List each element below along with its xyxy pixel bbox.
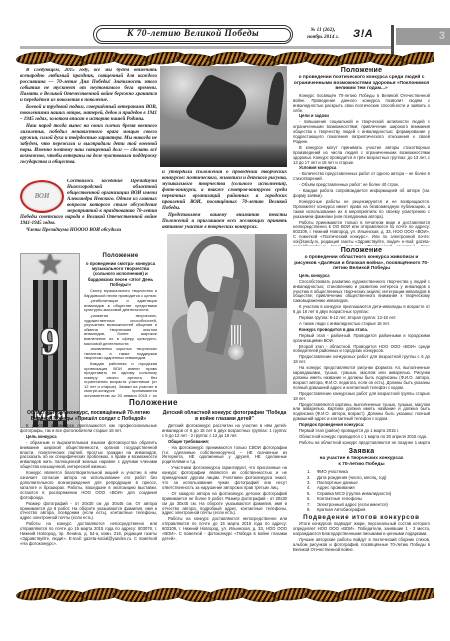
paragraph: Смотр музыкального творчества и бардовск… bbox=[84, 289, 157, 298]
item-text: Краткая Автобиография. bbox=[317, 507, 366, 512]
paragraph: - повышение социальной и творческой акти… bbox=[293, 120, 430, 145]
statue-silhouette bbox=[266, 71, 286, 125]
section-subheading: о проведении смотра- конкурса музыкально… bbox=[84, 261, 157, 287]
application-item: 8.Краткая Автобиография. bbox=[293, 507, 430, 512]
paragraph: Каждая районная и городская организация … bbox=[84, 362, 157, 397]
paragraph: Размер фотографий - от 20х30 см до 30х45… bbox=[20, 502, 157, 522]
victory-banner-photo bbox=[160, 66, 287, 167]
paragraph: - Каждая работа сопровождается информаци… bbox=[293, 189, 430, 199]
section-subheading: Детский областной конкурс фотографии "По… bbox=[162, 410, 287, 422]
paragraph: Предоставляются картины, выполненные туш… bbox=[293, 403, 430, 423]
newspaper-page: К 70-летию Великой Победы № 11 (262), но… bbox=[0, 0, 450, 641]
st-george-ribbon-bottom bbox=[16, 588, 434, 602]
st-george-ribbon-top bbox=[16, 52, 434, 66]
poetry-contest-section: Положение о проведении поэтического конк… bbox=[293, 66, 430, 246]
paragraph: Наш народ тогда вынес на своих плечах бр… bbox=[20, 124, 157, 166]
paragraph: К участию в конкурсе приглашаются как пр… bbox=[20, 424, 157, 434]
section-heading: Положение bbox=[293, 246, 430, 255]
paragraph: Конкурс проводится в два этапа. bbox=[293, 328, 430, 333]
rubble-shape bbox=[160, 143, 287, 167]
painting-contest-section: Положение о проведении областного конкур… bbox=[293, 246, 430, 446]
music-contest-section: Положение о проведении смотра- конкурса … bbox=[84, 252, 157, 397]
paragraph: Цель конкурса bbox=[20, 435, 157, 440]
paragraph: Работы на конкурс доставляются непосредс… bbox=[20, 522, 157, 547]
paragraph: Боевой и трудовой подвиг, совершённый ве… bbox=[20, 105, 157, 123]
paragraph: -реабилитации и адаптации инвалидов в об… bbox=[84, 299, 157, 313]
adult-photo-contest-section: Областной фотоконкурс, посвящённый 70-ле… bbox=[20, 410, 157, 585]
section-subheading: Областной фотоконкурс, посвящённый 70-ле… bbox=[20, 410, 157, 422]
paragraph: К участию в конкурсе приглашаются дети-и… bbox=[293, 305, 430, 315]
paragraph: Члены Президиума НОООО ВОИ обсудили bbox=[20, 228, 157, 234]
paragraph: Работы принимаются только в печатном вид… bbox=[293, 221, 430, 246]
masthead-logo: З!А bbox=[353, 27, 373, 41]
hand-shape bbox=[187, 301, 207, 343]
paragraph: · От каждого автора на фотоконкурс детск… bbox=[162, 492, 287, 517]
paragraph: Работы на областной конкурс представляют… bbox=[293, 441, 430, 446]
voi-logo: ВОИ bbox=[20, 180, 64, 213]
item-number: 8. bbox=[307, 507, 317, 512]
order-star-icon bbox=[21, 253, 79, 282]
section-title-oval: К 70-летию Великой Победы bbox=[93, 25, 293, 44]
presidium-note: ВОИ Состоялось заседание Президиума Ниже… bbox=[20, 179, 157, 250]
paragraph: и утвердили Положения о проведении творч… bbox=[162, 170, 287, 212]
section-subheading: о проведении областного конкурса живопис… bbox=[293, 255, 430, 272]
girl-with-medal-photo bbox=[167, 234, 287, 394]
paragraph: Конкурс посвящён 70-летию Победы в Велик… bbox=[293, 94, 430, 114]
paragraph: Лучшие авторские работы войдут в поэтиче… bbox=[293, 538, 430, 553]
paragraph: Работы на конкурс доставляются непосредс… bbox=[162, 517, 287, 542]
paragraph: Второй этап - областной. Проводится НОО … bbox=[293, 345, 430, 355]
children-photo-contest-section: Детский областной конкурс фотографии "По… bbox=[162, 410, 287, 585]
contests-announcement: и утвердили Положения о проведении творч… bbox=[162, 170, 287, 232]
application-form-section: Заявка на участие в творческих конкурсах… bbox=[293, 447, 430, 512]
paragraph: Общие требования: bbox=[162, 440, 287, 445]
paragraph: Первый этап - районный. Проводится район… bbox=[293, 334, 430, 344]
paragraph: На конкурс представляются рисунки формат… bbox=[293, 366, 430, 391]
paragraph: · Участники фотоконкурса гарантируют, чт… bbox=[162, 466, 287, 491]
photo-contests-heading: Положение bbox=[20, 398, 287, 408]
paragraph: Предоставление конкурсных работ для возр… bbox=[293, 392, 430, 402]
section-heading: Заявка bbox=[293, 447, 430, 456]
paragraph: Способствовать развитию художественного … bbox=[293, 280, 430, 305]
paragraph: · На фотоконкурс принимаются только СВОИ… bbox=[162, 446, 287, 466]
application-sub2: к 70-летию Победы bbox=[293, 462, 430, 468]
intro-editorial: В следующем, 2015 году, все мы будем отм… bbox=[20, 68, 157, 176]
may9-day: 9 bbox=[21, 322, 79, 362]
soldier-portrait-shape bbox=[255, 234, 287, 308]
paragraph: Конкурс является благотворительной акцие… bbox=[20, 471, 157, 500]
results-section: Подведение итогов конкурсов Итоги конкур… bbox=[293, 513, 430, 585]
paragraph: В конкурсе могут принимать участие автор… bbox=[293, 146, 430, 166]
paragraph: -развития творческих, художественных спо… bbox=[84, 314, 157, 346]
paragraph: - Количество представленных работ от одн… bbox=[293, 172, 430, 182]
paragraph: -выявления скрытых творческих талантов, … bbox=[84, 347, 157, 361]
section-heading: Положение bbox=[84, 252, 157, 261]
paragraph: Предоставление конкурсных работ для возр… bbox=[293, 355, 430, 365]
section-heading: Положение bbox=[293, 66, 430, 75]
issue-date: ноябрь 2014 г. bbox=[296, 34, 350, 41]
paragraph: В следующем, 2015 году, все мы будем отм… bbox=[20, 68, 157, 104]
paragraph: Цель конкурса bbox=[293, 274, 430, 279]
header-divider bbox=[391, 25, 394, 55]
flag-shape bbox=[182, 73, 254, 135]
paragraph: - образным и выразительным языком фотоис… bbox=[20, 441, 157, 470]
section-subheading: о проведении поэтического конкурса среди… bbox=[293, 75, 430, 92]
page-title: К 70-летию Великой Победы bbox=[96, 28, 291, 42]
header-rule bbox=[20, 46, 391, 49]
paragraph: Детский фотоконкурс рассчитан на участие… bbox=[162, 424, 287, 439]
paragraph: Конкурсные работы не рецензируются и не … bbox=[293, 200, 430, 220]
paragraph: Представляем вашему вниманию тексты Поло… bbox=[162, 213, 287, 231]
paragraph: Итоги конкурсов подводит жюри, персональ… bbox=[293, 522, 430, 537]
medal-ribbon-shape bbox=[231, 325, 242, 346]
page-number-badge: 3 bbox=[396, 28, 450, 45]
issue-info: № 11 (262), ноябрь 2014 г. bbox=[296, 27, 350, 40]
